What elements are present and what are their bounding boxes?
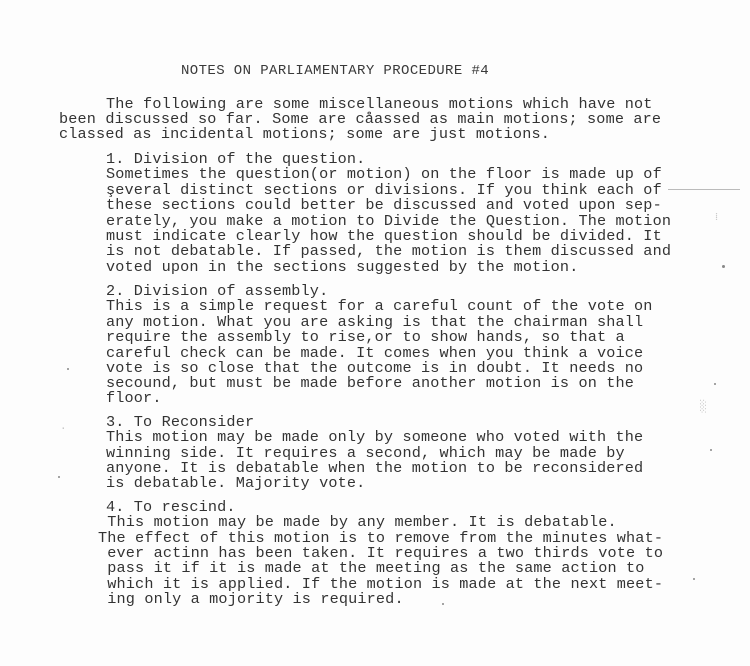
scan-streak — [668, 189, 740, 190]
scan-speck — [693, 578, 695, 580]
scan-speck — [442, 603, 444, 605]
scan-speck — [58, 476, 60, 478]
scan-speck — [67, 368, 69, 370]
intro-line: classed as incidental motions; some are … — [59, 126, 550, 143]
section-line: ing only a mojority is required. — [98, 591, 404, 608]
section-line: secound, but must be made before another… — [106, 375, 634, 392]
section-line: floor. — [106, 390, 162, 407]
scan-smudge: ░ — [700, 400, 707, 413]
typewritten-page: NOTES ON PARLIAMENTARY PROCEDURE #4 The … — [0, 0, 750, 666]
scan-smudge: ⁞ — [715, 210, 718, 223]
scan-smudge: · — [60, 422, 67, 435]
scan-speck — [710, 449, 712, 451]
scan-speck — [722, 265, 725, 268]
scan-speck — [714, 383, 716, 385]
section-line: voted upon in the sections suggested by … — [106, 259, 578, 276]
document-title: NOTES ON PARLIAMENTARY PROCEDURE #4 — [181, 63, 489, 80]
section-line: is debatable. Majority vote. — [106, 475, 365, 492]
